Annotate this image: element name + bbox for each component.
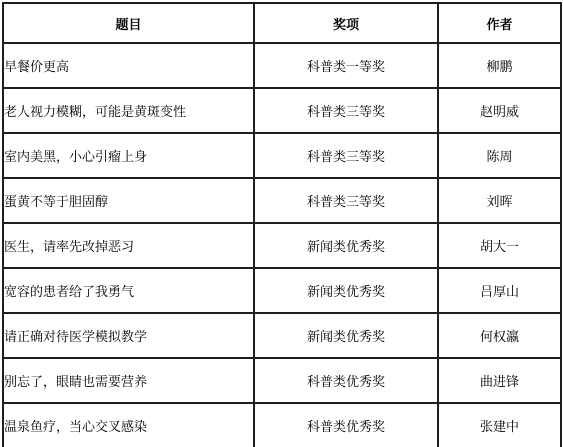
cell-award: 科普类优秀奖: [254, 358, 438, 403]
cell-title: 请正确对待医学模拟教学: [3, 313, 254, 358]
cell-award: 新闻类优秀奖: [254, 313, 438, 358]
table-row: 老人视力模糊，可能是黄斑变性 科普类三等奖 赵明威: [3, 88, 561, 133]
header-row: 题目 奖项 作者: [3, 3, 561, 43]
cell-award: 科普类三等奖: [254, 178, 438, 223]
cell-title: 早餐价更高: [3, 43, 254, 88]
cell-author: 曲进锋: [438, 358, 561, 403]
table-row: 宽容的患者给了我勇气 新闻类优秀奖 吕厚山: [3, 268, 561, 313]
cell-author: 赵明威: [438, 88, 561, 133]
cell-title: 老人视力模糊，可能是黄斑变性: [3, 88, 254, 133]
cell-title: 宽容的患者给了我勇气: [3, 268, 254, 313]
cell-author: 何权瀛: [438, 313, 561, 358]
table-body: 早餐价更高 科普类一等奖 柳鹏 老人视力模糊，可能是黄斑变性 科普类三等奖 赵明…: [3, 43, 561, 447]
header-author: 作者: [438, 3, 561, 43]
cell-author: 刘晖: [438, 178, 561, 223]
awards-table: 题目 奖项 作者 早餐价更高 科普类一等奖 柳鹏 老人视力模糊，可能是黄斑变性 …: [2, 2, 562, 447]
table-row: 温泉鱼疗，当心交叉感染 科普类优秀奖 张建中: [3, 403, 561, 447]
table-row: 蛋黄不等于胆固醇 科普类三等奖 刘晖: [3, 178, 561, 223]
cell-award: 科普类优秀奖: [254, 403, 438, 447]
table-row: 请正确对待医学模拟教学 新闻类优秀奖 何权瀛: [3, 313, 561, 358]
header-title: 题目: [3, 3, 254, 43]
cell-title: 别忘了，眼睛也需要营养: [3, 358, 254, 403]
cell-author: 陈周: [438, 133, 561, 178]
cell-title: 医生，请率先改掉恶习: [3, 223, 254, 268]
cell-author: 张建中: [438, 403, 561, 447]
cell-author: 柳鹏: [438, 43, 561, 88]
cell-award: 科普类一等奖: [254, 43, 438, 88]
table-row: 别忘了，眼睛也需要营养 科普类优秀奖 曲进锋: [3, 358, 561, 403]
cell-award: 科普类三等奖: [254, 88, 438, 133]
cell-award: 新闻类优秀奖: [254, 223, 438, 268]
table-row: 室内美黑，小心引瘤上身 科普类三等奖 陈周: [3, 133, 561, 178]
cell-author: 吕厚山: [438, 268, 561, 313]
table-row: 医生，请率先改掉恶习 新闻类优秀奖 胡大一: [3, 223, 561, 268]
table-row: 早餐价更高 科普类一等奖 柳鹏: [3, 43, 561, 88]
cell-award: 新闻类优秀奖: [254, 268, 438, 313]
cell-title: 温泉鱼疗，当心交叉感染: [3, 403, 254, 447]
header-award: 奖项: [254, 3, 438, 43]
cell-title: 蛋黄不等于胆固醇: [3, 178, 254, 223]
cell-author: 胡大一: [438, 223, 561, 268]
cell-title: 室内美黑，小心引瘤上身: [3, 133, 254, 178]
cell-award: 科普类三等奖: [254, 133, 438, 178]
